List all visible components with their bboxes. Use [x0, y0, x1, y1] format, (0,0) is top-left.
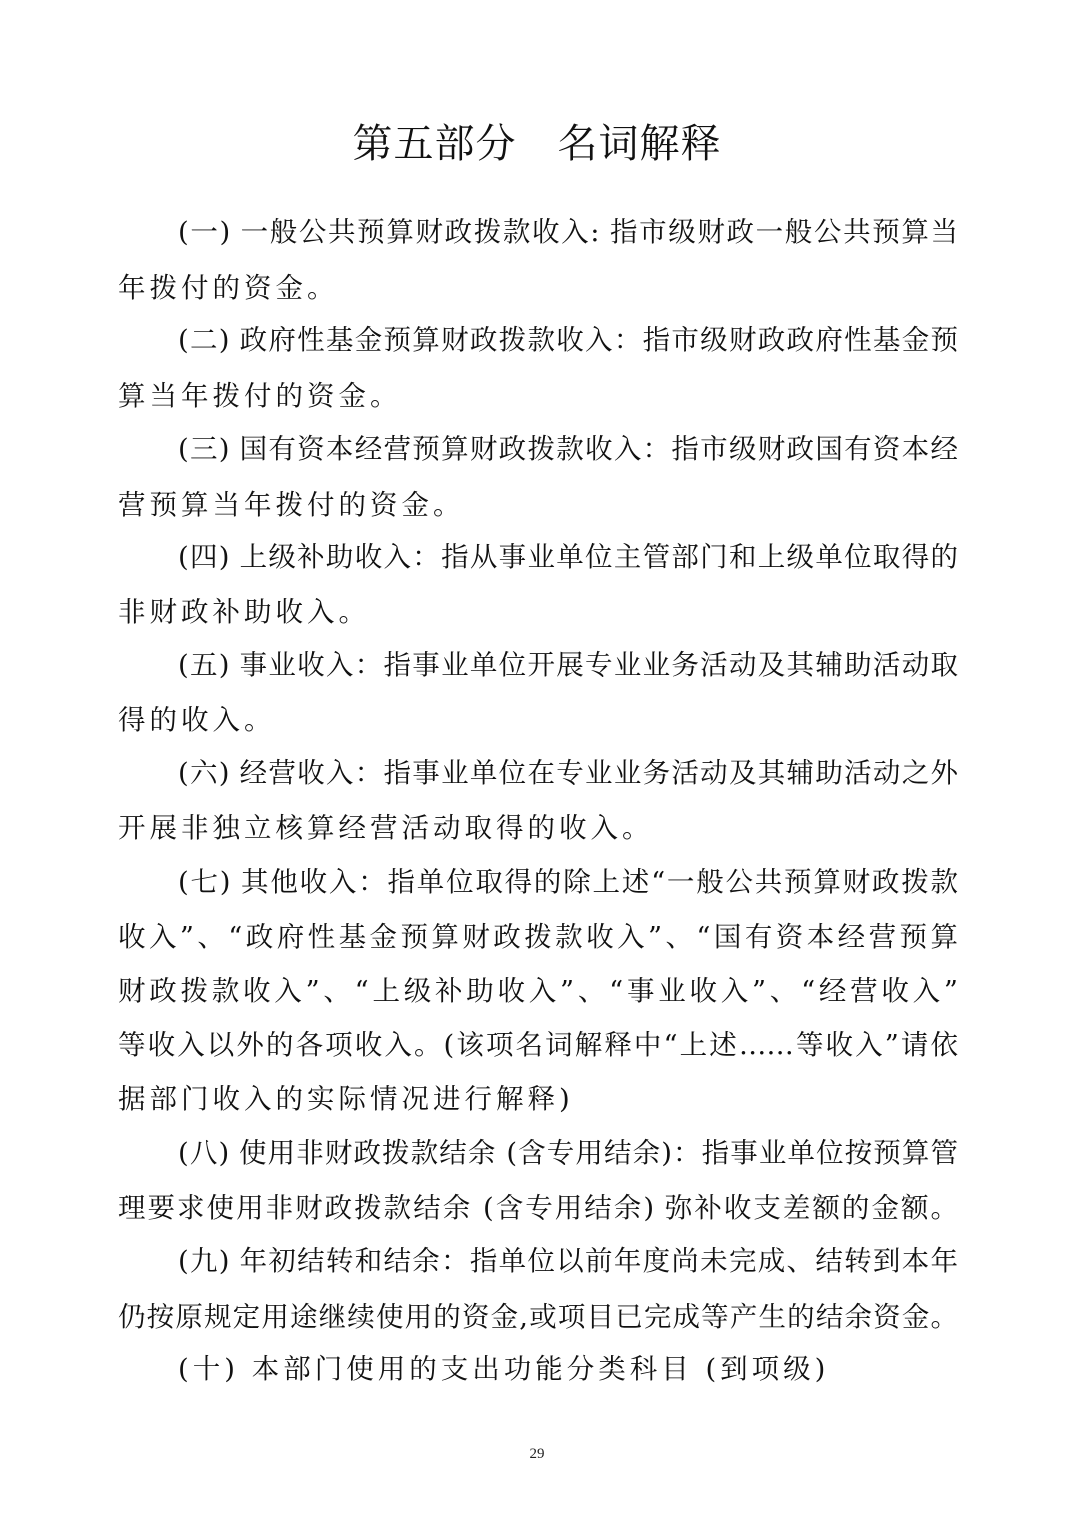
definition-8-line-2: 理要求使用非财政拨款结余 (含专用结余) 弥补收支差额的金额。 [118, 1188, 958, 1228]
definition-3-line-2: 营预算当年拨付的资金。 [118, 485, 958, 525]
definition-4-line-1: (四) 上级补助收入：指从事业单位主管部门和上级单位取得的 [178, 537, 958, 577]
document-page: 第五部分 名词解释 (一) 一般公共预算财政拨款收入: 指市级财政一般公共预算当… [0, 0, 1074, 1520]
definition-9-line-1: (九) 年初结转和结余：指单位以前年度尚未完成、结转到本年 [178, 1241, 958, 1281]
definition-7-line-5: 据部门收入的实际情况进行解释) [118, 1079, 958, 1119]
page-title: 第五部分 名词解释 [0, 118, 1074, 170]
definition-7-line-1: (七) 其他收入：指单位取得的除上述“一般公共预算财政拨款 [178, 862, 958, 902]
definition-3-line-1: (三) 国有资本经营预算财政拨款收入：指市级财政国有资本经 [178, 429, 958, 469]
definition-4-line-2: 非财政补助收入。 [118, 592, 958, 632]
definition-5-line-1: (五) 事业收入：指事业单位开展专业业务活动及其辅助活动取 [178, 645, 958, 685]
definition-6-line-2: 开展非独立核算经营活动取得的收入。 [118, 808, 958, 848]
definition-2-line-2: 算当年拨付的资金。 [118, 376, 958, 416]
definition-10-line-1: (十) 本部门使用的支出功能分类科目 (到项级) [178, 1349, 958, 1389]
definition-1-line-2: 年拨付的资金。 [118, 268, 958, 308]
page-number: 29 [0, 1444, 1074, 1464]
definition-8-line-1: (八) 使用非财政拨款结余 (含专用结余)：指事业单位按预算管 [178, 1133, 958, 1173]
definition-6-line-1: (六) 经营收入：指事业单位在专业业务活动及其辅助活动之外 [178, 753, 958, 793]
definition-7-line-4: 等收入以外的各项收入。(该项名词解释中“上述……等收入”请依 [118, 1025, 958, 1065]
definition-5-line-2: 得的收入。 [118, 700, 958, 740]
definition-7-line-3: 财政拨款收入”、“上级补助收入”、“事业收入”、“经营收入” [118, 971, 958, 1011]
definition-2-line-1: (二) 政府性基金预算财政拨款收入：指市级财政政府性基金预 [178, 320, 958, 360]
definition-7-line-2: 收入”、“政府性基金预算财政拨款收入”、“国有资本经营预算 [118, 917, 958, 957]
definition-9-line-2: 仍按原规定用途继续使用的资金,或项目已完成等产生的结余资金。 [118, 1297, 958, 1337]
definition-1-line-1: (一) 一般公共预算财政拨款收入: 指市级财政一般公共预算当 [178, 212, 958, 252]
